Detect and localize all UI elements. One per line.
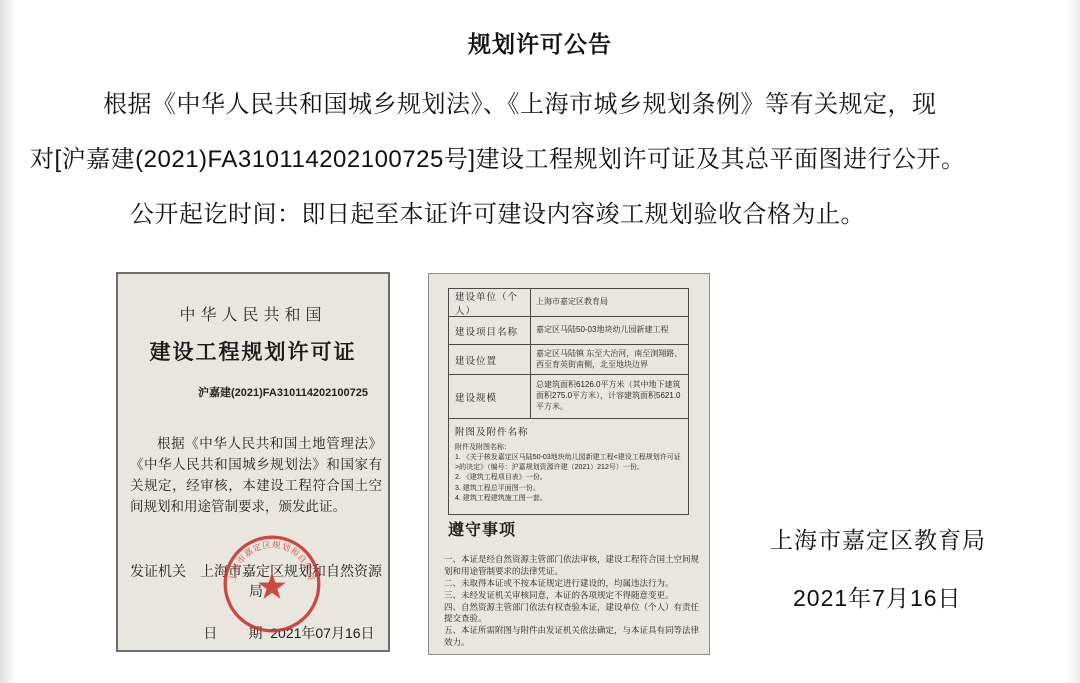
certificate-country: 中华人民共和国 xyxy=(118,302,388,325)
table-row: 建设规模 总建筑面积6126.0平方米（其中地下建筑面积275.0平方米），计容… xyxy=(449,375,688,419)
rule-item: 四、自然资源主管部门依法有权查验本证，建设单位（个人）有责任提交查验。 xyxy=(444,602,704,626)
announcement-page: 规划许可公告 根据《中华人民共和国城乡规划法》、《上海市城乡规划条例》等有关规定… xyxy=(0,0,1080,683)
certificate-title: 建设工程规划许可证 xyxy=(118,336,388,366)
attachment-item: 4. 建筑工程建筑施工图一套。 xyxy=(455,494,682,504)
signature-issuer: 上海市嘉定区教育局 xyxy=(770,522,986,555)
permit-sheet-image: 建设单位（个人） 上海市嘉定区教育局 建设项目名称 嘉定区马陆50-03地块幼儿… xyxy=(428,273,710,655)
rule-item: 三、未经发证机关审核同意，本证的各项规定不得随意变更。 xyxy=(444,590,704,602)
row-label: 建设项目名称 xyxy=(449,317,531,344)
row-value: 嘉定区马陆镇 东至大治河，南至浏翔路、西至育英街南侧，北至地块边界 xyxy=(531,345,688,374)
announcement-text-line-1: 根据《中华人民共和国城乡规划法》、《上海市城乡规划条例》等有关规定，现 xyxy=(103,84,937,119)
rule-item: 五、本证所需附图与附件由发证机关依法确定，与本证具有同等法律效力。 xyxy=(444,625,704,649)
rule-item: 一、本证是经自然资源主管部门依法审核，建设工程符合国土空间规划和用途管制要求的法… xyxy=(444,554,704,578)
official-seal-icon: 上海市嘉定区规划和自然资源局 xyxy=(220,532,324,636)
table-row: 建设项目名称 嘉定区马陆50-03地块幼儿园新建工程 xyxy=(449,317,688,345)
certificate-image: 中华人民共和国 建设工程规划许可证 沪嘉建(2021)FA31011420210… xyxy=(116,272,390,652)
attachments-label: 附图及附件名称 xyxy=(455,424,682,438)
table-row: 建设位置 嘉定区马陆镇 东至大治河，南至浏翔路、西至育英街南侧，北至地块边界 xyxy=(449,345,688,375)
announcement-text-line-2: 对[沪嘉建(2021)FA310114202100725号]建设工程规划许可证及… xyxy=(30,139,966,174)
table-row: 建设单位（个人） 上海市嘉定区教育局 xyxy=(449,289,688,317)
announcement-text-line-3: 公开起讫时间：即日起至本证许可建设内容竣工规划验收合格为止。 xyxy=(130,194,865,229)
row-value: 嘉定区马陆50-03地块幼儿园新建工程 xyxy=(531,317,688,344)
page-left-shadow xyxy=(0,0,16,683)
page-right-shadow xyxy=(1066,0,1080,683)
row-label: 建设位置 xyxy=(449,345,531,374)
rule-item: 二、未取得本证或不按本证规定进行建设的，均属违法行为。 xyxy=(444,578,704,590)
row-label: 建设规模 xyxy=(449,375,531,418)
certificate-body-text: 根据《中华人民共和国土地管理法》《中华人民共和国城乡规划法》和国家有关规定，经审… xyxy=(130,434,382,518)
issuer-label: 发证机关 xyxy=(130,563,186,579)
signature-date: 2021年7月16日 xyxy=(793,580,962,613)
row-value: 总建筑面积6126.0平方米（其中地下建筑面积275.0平方米），计容建筑面积5… xyxy=(531,375,688,418)
seal-star-icon xyxy=(258,573,286,599)
row-label: 建设单位（个人） xyxy=(449,289,531,316)
attachments-intro: 附件及附图名称： xyxy=(455,443,682,453)
page-title: 规划许可公告 xyxy=(0,26,1080,59)
row-value: 上海市嘉定区教育局 xyxy=(531,289,688,316)
rules-list: 一、本证是经自然资源主管部门依法审核，建设工程符合国土空间规划和用途管制要求的法… xyxy=(444,554,704,649)
permit-info-table: 建设单位（个人） 上海市嘉定区教育局 建设项目名称 嘉定区马陆50-03地块幼儿… xyxy=(448,288,689,515)
attachment-item: 3. 建筑工程总平面图一份。 xyxy=(455,484,682,494)
attachments-cell: 附图及附件名称 附件及附图名称： 1. 《关于核发嘉定区马陆50-03地块幼儿园… xyxy=(449,419,688,514)
certificate-number: 沪嘉建(2021)FA310114202100725 xyxy=(198,384,368,400)
attachment-item: 2. 《建筑工程项目表》一份。 xyxy=(455,473,682,483)
rules-title: 遵守事项 xyxy=(448,517,516,540)
attachment-item: 1. 《关于核发嘉定区马陆50-03地块幼儿园新建工程<建设工程规划许可证>的决… xyxy=(455,453,682,473)
